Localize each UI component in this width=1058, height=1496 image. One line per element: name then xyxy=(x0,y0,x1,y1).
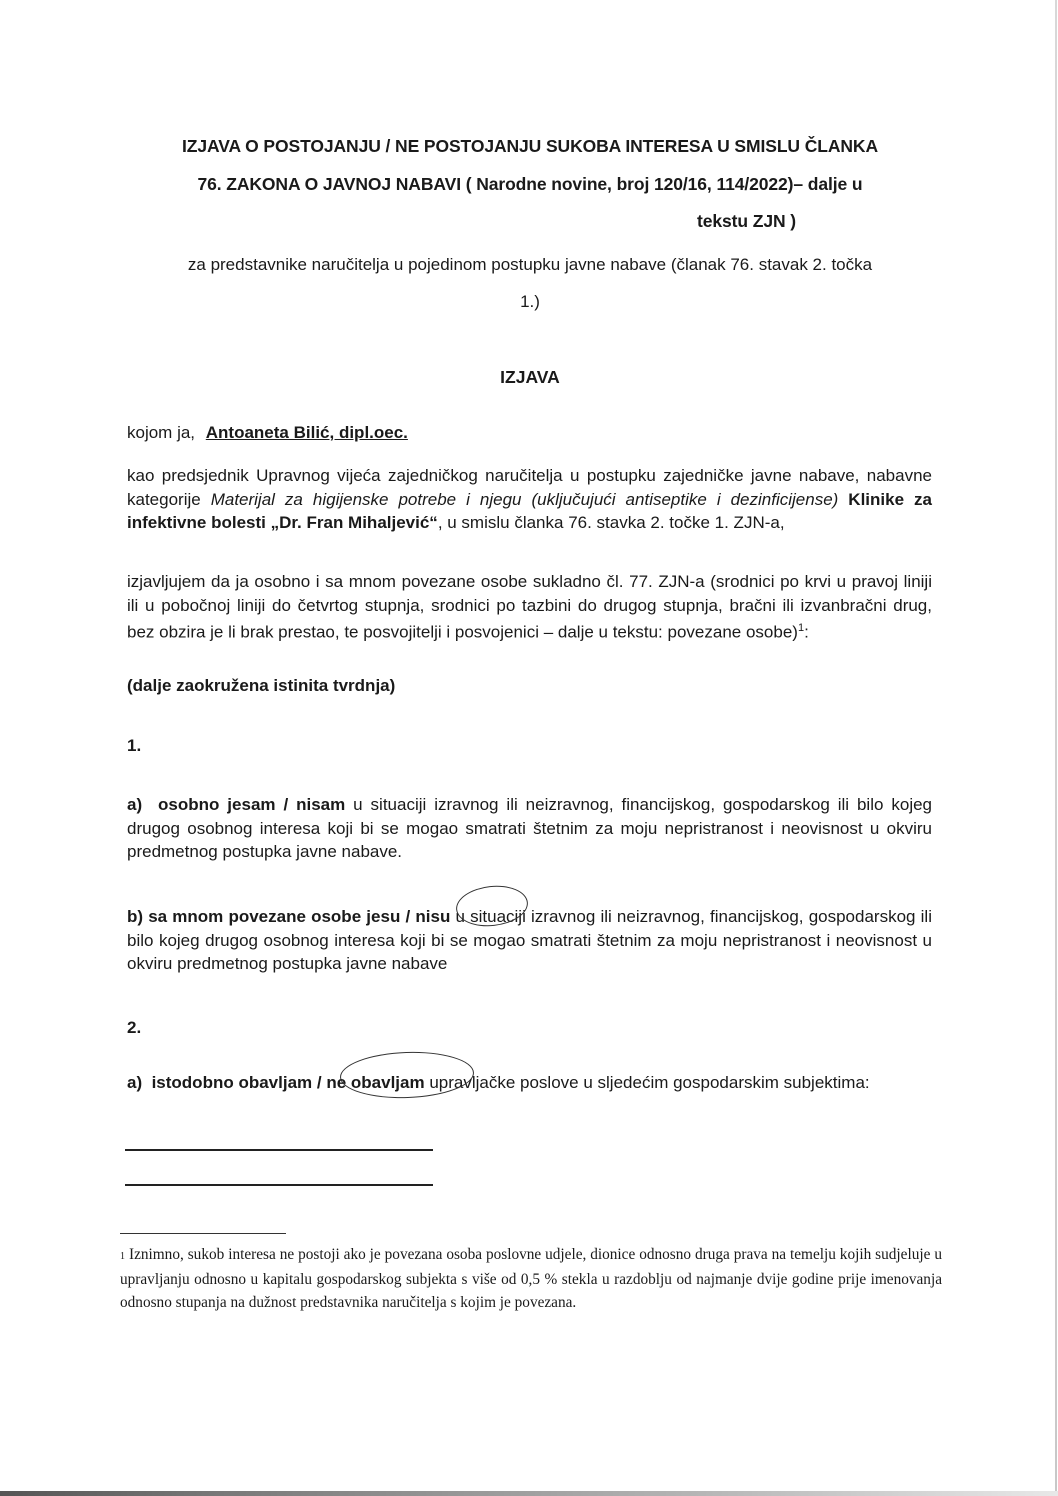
statement-paragraph: izjavljujem da ja osobno i sa mnom povez… xyxy=(127,570,932,644)
subtitle-line-1: za predstavnike naručitelja u pojedinom … xyxy=(120,255,940,275)
declarant-name: Antoaneta Bilić, dipl.oec. xyxy=(206,423,408,442)
section-2a: a) istodobno obavljam / ne obavljam upra… xyxy=(127,1071,932,1095)
section-1-number: 1. xyxy=(127,736,141,756)
item-label: b) xyxy=(127,907,143,926)
declarant-line: kojom ja, Antoaneta Bilić, dipl.oec. xyxy=(127,423,408,443)
document-page: IZJAVA O POSTOJANJU / NE POSTOJANJU SUKO… xyxy=(0,0,1058,1496)
heading: IZJAVA xyxy=(120,367,940,388)
title-line-2: 76. ZAKONA O JAVNOJ NABAVI ( Narodne nov… xyxy=(120,174,940,195)
title-line-3: tekstu ZJN ) xyxy=(120,211,940,232)
scan-edge-right xyxy=(1055,0,1057,1496)
section-1a: a) osobno jesam / nisam u situaciji izra… xyxy=(127,793,932,864)
scan-edge-bottom xyxy=(0,1491,1058,1496)
subtitle-line-2: 1.) xyxy=(120,292,940,312)
item-label: a) xyxy=(127,795,142,814)
item-label: a) xyxy=(127,1073,142,1092)
footnote-separator xyxy=(120,1233,286,1234)
procurement-category: Materijal za higijenske potrebe i njegu … xyxy=(211,490,839,509)
title-line-1: IZJAVA O POSTOJANJU / NE POSTOJANJU SUKO… xyxy=(120,136,940,157)
circled-choice-nisu: nisu xyxy=(415,907,450,926)
role-text-2: , u smislu članka 76. stavka 2. točke 1.… xyxy=(438,513,785,532)
footnote-text: Iznimno, sukob interesa ne postoji ako j… xyxy=(120,1246,942,1311)
section-2-number: 2. xyxy=(127,1018,141,1038)
blank-entry-line-1 xyxy=(125,1149,433,1151)
choice-text: osobno jesam / nisam xyxy=(158,795,345,814)
footnote: 1Iznimno, sukob interesa ne postoji ako … xyxy=(120,1243,942,1314)
footnote-mark: 1 xyxy=(120,1251,125,1262)
instruction: (dalje zaokružena istinita tvrdnja) xyxy=(127,674,932,698)
declarant-prefix: kojom ja, xyxy=(127,423,195,442)
section-1b: b) sa mnom povezane osobe jesu / nisu u … xyxy=(127,905,932,976)
statement-suffix: : xyxy=(804,623,809,642)
title-line-3-text: tekstu ZJN ) xyxy=(697,211,796,232)
role-paragraph: kao predsjednik Upravnog vijeća zajednič… xyxy=(127,464,932,535)
blank-entry-line-2 xyxy=(125,1184,433,1186)
choice-prefix: sa mnom povezane osobe jesu / xyxy=(148,907,410,926)
choice-prefix: istodobno obavljam / xyxy=(152,1073,322,1092)
item-text: upravljačke poslove u sljedećim gospodar… xyxy=(425,1073,870,1092)
statement-text: izjavljujem da ja osobno i sa mnom povez… xyxy=(127,572,932,642)
